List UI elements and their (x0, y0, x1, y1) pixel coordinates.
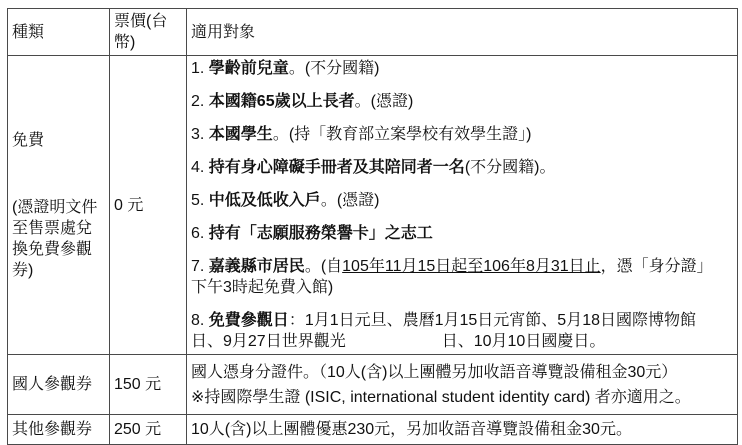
fare-table-container: 種類 票價(台幣) 適用對象 免費 (憑證明文件至售票處兌換免費參觀券) 0 元… (7, 8, 738, 439)
table-row-other: 其他參觀券 250 元 10人(含)以上團體優惠230元，另加收語音導覽設備租金… (8, 415, 738, 440)
free-items-list: 1. 學齡前兒童。(不分國籍)2. 本國籍65歲以上長者。(憑證)3. 本國學生… (191, 58, 733, 352)
table-row-free: 免費 (憑證明文件至售票處兌換免費參觀券) 0 元 1. 學齡前兒童。(不分國籍… (8, 56, 738, 355)
fee-exempt-item: 8. 免費參觀日：1月1日元旦、農曆1月15日元宵節、5月18日國際博物館日、9… (191, 310, 733, 352)
fare-table: 種類 票價(台幣) 適用對象 免費 (憑證明文件至售票處兌換免費參觀券) 0 元… (7, 8, 738, 439)
fee-exempt-item: 4. 持有身心障礙手冊者及其陪同者一名(不分國籍)。 (191, 157, 733, 178)
free-items-cell: 1. 學齡前兒童。(不分國籍)2. 本國籍65歲以上長者。(憑證)3. 本國學生… (187, 56, 738, 355)
col-header-applicable: 適用對象 (187, 9, 738, 56)
free-category-title: 免費 (12, 130, 105, 151)
national-price-cell: 150 元 (110, 355, 187, 415)
fee-exempt-item: 7. 嘉義縣市居民。(自105年11月15日起至106年8月31日止，憑「身分證… (191, 256, 733, 298)
other-price-cell: 250 元 (110, 415, 187, 440)
fee-exempt-item: 3. 本國學生。(持「教育部立案學校有效學生證」) (191, 124, 733, 145)
header-row: 種類 票價(台幣) 適用對象 (8, 9, 738, 56)
fee-exempt-item: 5. 中低及低收入戶。(憑證) (191, 190, 733, 211)
fee-exempt-item: 1. 學齡前兒童。(不分國籍) (191, 58, 733, 79)
national-category-cell: 國人參觀券 (8, 355, 110, 415)
other-desc-cell: 10人(含)以上團體優惠230元，另加收語音導覽設備租金30元。 (187, 415, 738, 440)
other-category-cell: 其他參觀券 (8, 415, 110, 440)
col-header-type: 種類 (8, 9, 110, 56)
spacer (12, 151, 105, 197)
table-row-national: 國人參觀券 150 元 國人憑身分證件。（10人(含)以上團體另加收語音導覽設備… (8, 355, 738, 415)
national-desc-line-1: 國人憑身分證件。（10人(含)以上團體另加收語音導覽設備租金30元） (191, 362, 733, 383)
fee-exempt-item: 6. 持有「志願服務榮譽卡」之志工 (191, 223, 733, 244)
national-desc-cell: 國人憑身分證件。（10人(含)以上團體另加收語音導覽設備租金30元） ※持國際學… (187, 355, 738, 415)
free-category-cell: 免費 (憑證明文件至售票處兌換免費參觀券) (8, 56, 110, 355)
national-desc-line-2: ※持國際學生證 (ISIC, international student ide… (191, 387, 733, 408)
free-price-cell: 0 元 (110, 56, 187, 355)
col-header-price: 票價(台幣) (110, 9, 187, 56)
fee-exempt-item: 2. 本國籍65歲以上長者。(憑證) (191, 91, 733, 112)
free-category-note: (憑證明文件至售票處兌換免費參觀券) (12, 197, 105, 281)
